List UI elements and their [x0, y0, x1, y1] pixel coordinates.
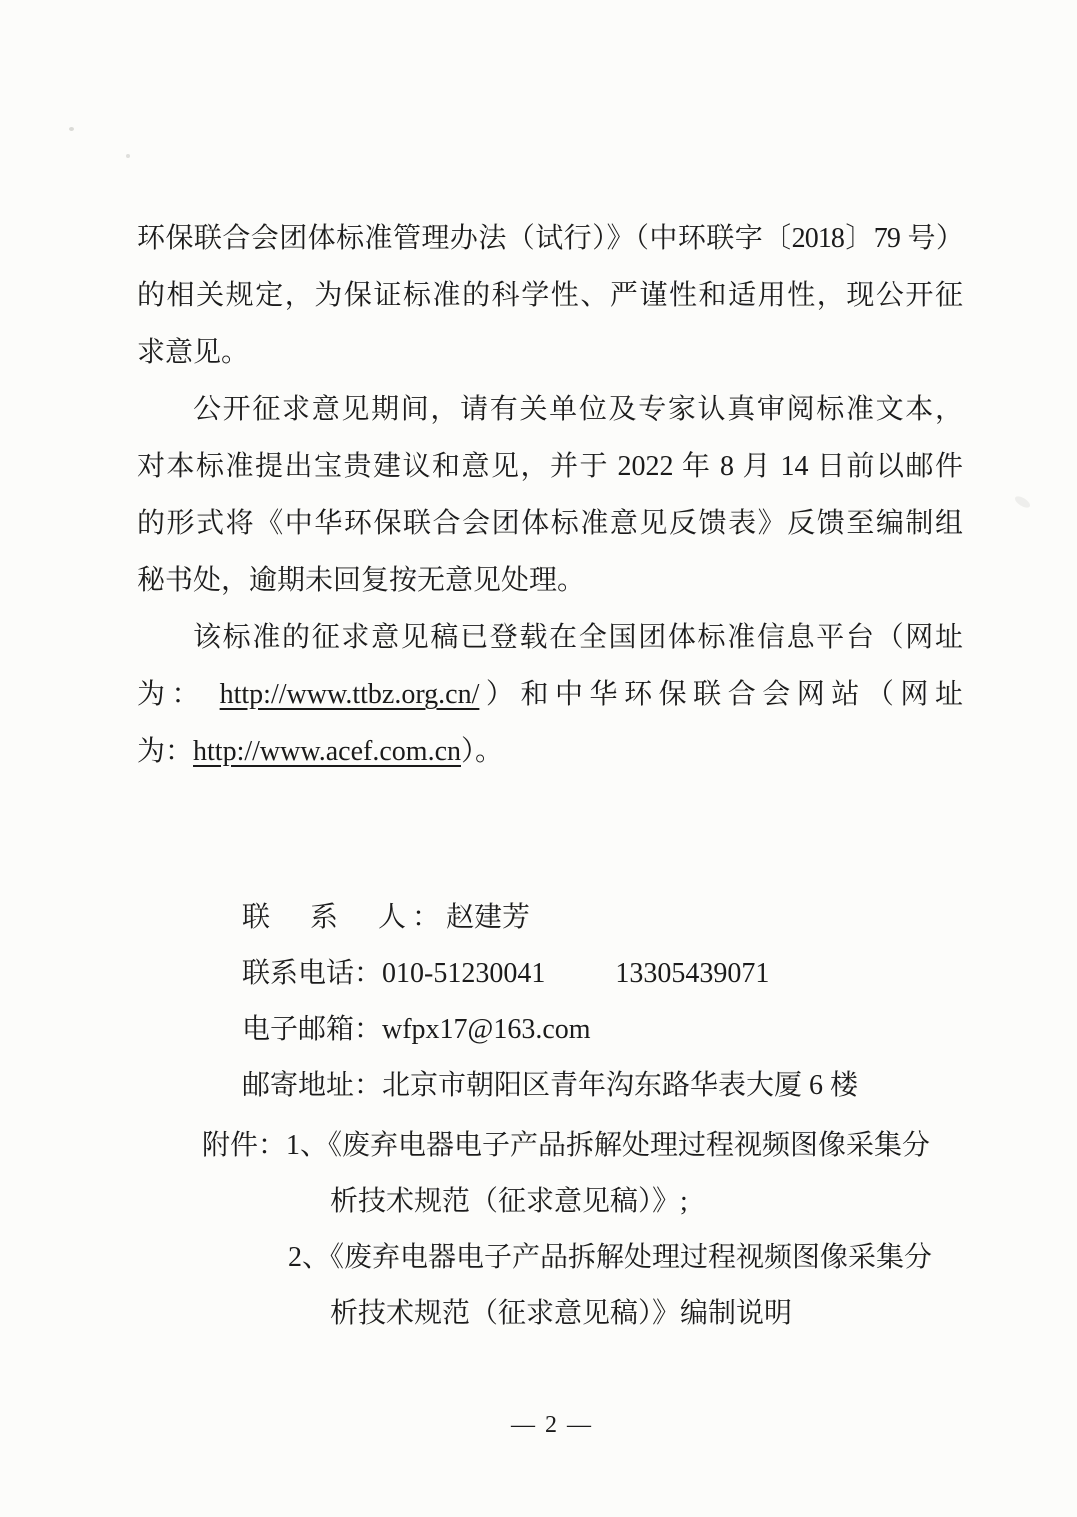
contact-email-label: 电子邮箱： — [242, 1014, 382, 1045]
attachment-1-text: 1、《废弃电器电子产品拆解处理过程视频图像采集分 — [286, 1130, 930, 1161]
attachment-item-1-line-1: 附件：1、《废弃电器电子产品拆解处理过程视频图像采集分 — [137, 1118, 932, 1174]
body-line: 对本标准提出宝贵建议和意见，并于 2022 年 8 月 14 日前以邮件 — [137, 438, 963, 495]
body-line: 的相关规定，为保证标准的科学性、严谨性和适用性，现公开征 — [137, 267, 963, 324]
contact-info-block: 联 系 人：赵建芳 联系电话：010-5123004113305439071 电… — [200, 834, 858, 1058]
attachments-label: 附件： — [202, 1130, 286, 1161]
attachment-item-1-line-2: 析技术规范（征求意见稿）》; — [137, 1174, 932, 1230]
scan-speck — [69, 127, 74, 131]
body-line-with-url: 为：http://www.acef.com.cn）。 — [137, 723, 963, 780]
scan-speck — [126, 154, 130, 158]
contact-person-label: 联 系 人： — [242, 902, 446, 933]
attachments-block: 附件：1、《废弃电器电子产品拆解处理过程视频图像采集分 析技术规范（征求意见稿）… — [137, 1118, 932, 1342]
ttbz-url-link[interactable]: http://www.ttbz.org.cn/ — [220, 679, 480, 710]
contact-person-value: 赵建芳 — [446, 902, 530, 933]
attachment-item-2-line-2: 析技术规范（征求意见稿）》编制说明 — [137, 1286, 932, 1342]
url-line-prefix: 为： — [137, 679, 220, 710]
url-line-prefix: 为： — [137, 736, 193, 767]
contact-person-row: 联 系 人：赵建芳 — [200, 834, 858, 890]
document-body: 环保联合会团体标准管理办法（试行）》（中环联字〔2018〕79 号） 的相关规定… — [137, 210, 963, 780]
contact-phone-label: 联系电话： — [242, 958, 382, 989]
body-line-with-url: 为： http://www.ttbz.org.cn/）和中华环保联合会网站（网址 — [137, 666, 963, 723]
contact-address-value: 北京市朝阳区青年沟东路华表大厦 6 楼 — [382, 1070, 858, 1101]
body-line: 的形式将《中华环保联合会团体标准意见反馈表》反馈至编制组 — [137, 495, 963, 552]
url-line-suffix: ）和中华环保联合会网站（网址 — [479, 679, 963, 710]
scanned-document-page: 环保联合会团体标准管理办法（试行）》（中环联字〔2018〕79 号） 的相关规定… — [0, 0, 1077, 1517]
contact-address-label: 邮寄地址： — [242, 1070, 382, 1101]
acef-url-link[interactable]: http://www.acef.com.cn — [193, 736, 461, 767]
attachment-item-2-line-1: 2、《废弃电器电子产品拆解处理过程视频图像采集分 — [137, 1230, 932, 1286]
contact-phone-value: 010-51230041 — [382, 958, 545, 989]
page-number: — 2 — — [0, 1405, 1077, 1445]
contact-email-value: wfpx17@163.com — [382, 1014, 591, 1045]
contact-phone-value-2: 13305439071 — [615, 958, 769, 989]
body-line: 求意见。 — [137, 324, 963, 381]
body-line: 环保联合会团体标准管理办法（试行）》（中环联字〔2018〕79 号） — [137, 210, 963, 267]
body-line: 秘书处，逾期未回复按无意见处理。 — [137, 552, 963, 609]
url-line-suffix: ）。 — [461, 736, 503, 767]
body-line: 该标准的征求意见稿已登载在全国团体标准信息平台（网址 — [137, 609, 963, 666]
scan-smudge — [1013, 494, 1032, 510]
body-line: 公开征求意见期间，请有关单位及专家认真审阅标准文本， — [137, 381, 963, 438]
